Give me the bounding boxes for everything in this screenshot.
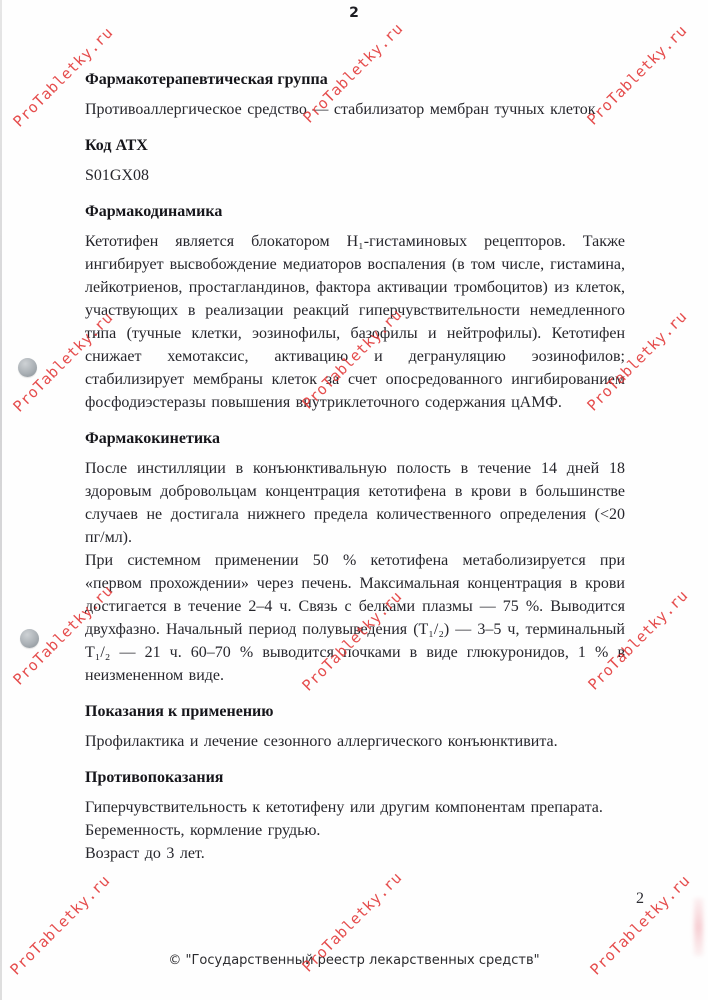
punch-hole	[20, 629, 39, 648]
section-paragraph: Гиперчувствительность к кетотифену или д…	[85, 796, 625, 819]
section-heading: Противопоказания	[85, 766, 625, 789]
page-number-bottom: 2	[630, 890, 650, 908]
atc-code-value: S01GX08	[85, 164, 625, 187]
section-paragraph: Противоаллергическое средство — стабилиз…	[85, 98, 625, 121]
section-paragraph: Возраст до 3 лет.	[85, 842, 625, 865]
scan-artifact-smudge	[694, 898, 703, 956]
section-heading: Показания к применению	[85, 700, 625, 723]
section-heading: Код АТХ	[85, 134, 625, 157]
section-paragraph: Кетотифен является блокатором H₁-гистами…	[85, 230, 625, 414]
section-heading: Фармакокинетика	[85, 427, 625, 450]
document-content: Фармакотерапевтическая группа Противоалл…	[85, 68, 625, 865]
section-paragraph: Беременность, кормление грудью.	[85, 819, 625, 842]
section-indications: Показания к применению Профилактика и ле…	[85, 700, 625, 753]
section-atc-code: Код АТХ S01GX08	[85, 134, 625, 187]
section-pharmacokinetics: Фармакокинетика После инстилляции в конъ…	[85, 427, 625, 687]
section-heading: Фармакодинамика	[85, 200, 625, 223]
section-contraindications: Противопоказания Гиперчувствительность к…	[85, 766, 625, 865]
section-heading: Фармакотерапевтическая группа	[85, 68, 625, 91]
page-edge-shadow	[0, 0, 2, 1000]
document-page: 2 Фармакотерапевтическая группа Противоа…	[0, 0, 708, 1000]
punch-hole	[18, 358, 37, 377]
section-pharmacodynamics: Фармакодинамика Кетотифен является блока…	[85, 200, 625, 414]
section-paragraph: При системном применении 50 % кетотифена…	[85, 549, 625, 687]
section-pharm-group: Фармакотерапевтическая группа Противоалл…	[85, 68, 625, 121]
footer-copyright: © "Государственный реестр лекарственных …	[0, 953, 708, 968]
section-paragraph: После инстилляции в конъюнктивальную пол…	[85, 457, 625, 549]
section-paragraph: Профилактика и лечение сезонного аллерги…	[85, 730, 625, 753]
page-number-top: 2	[0, 5, 708, 21]
